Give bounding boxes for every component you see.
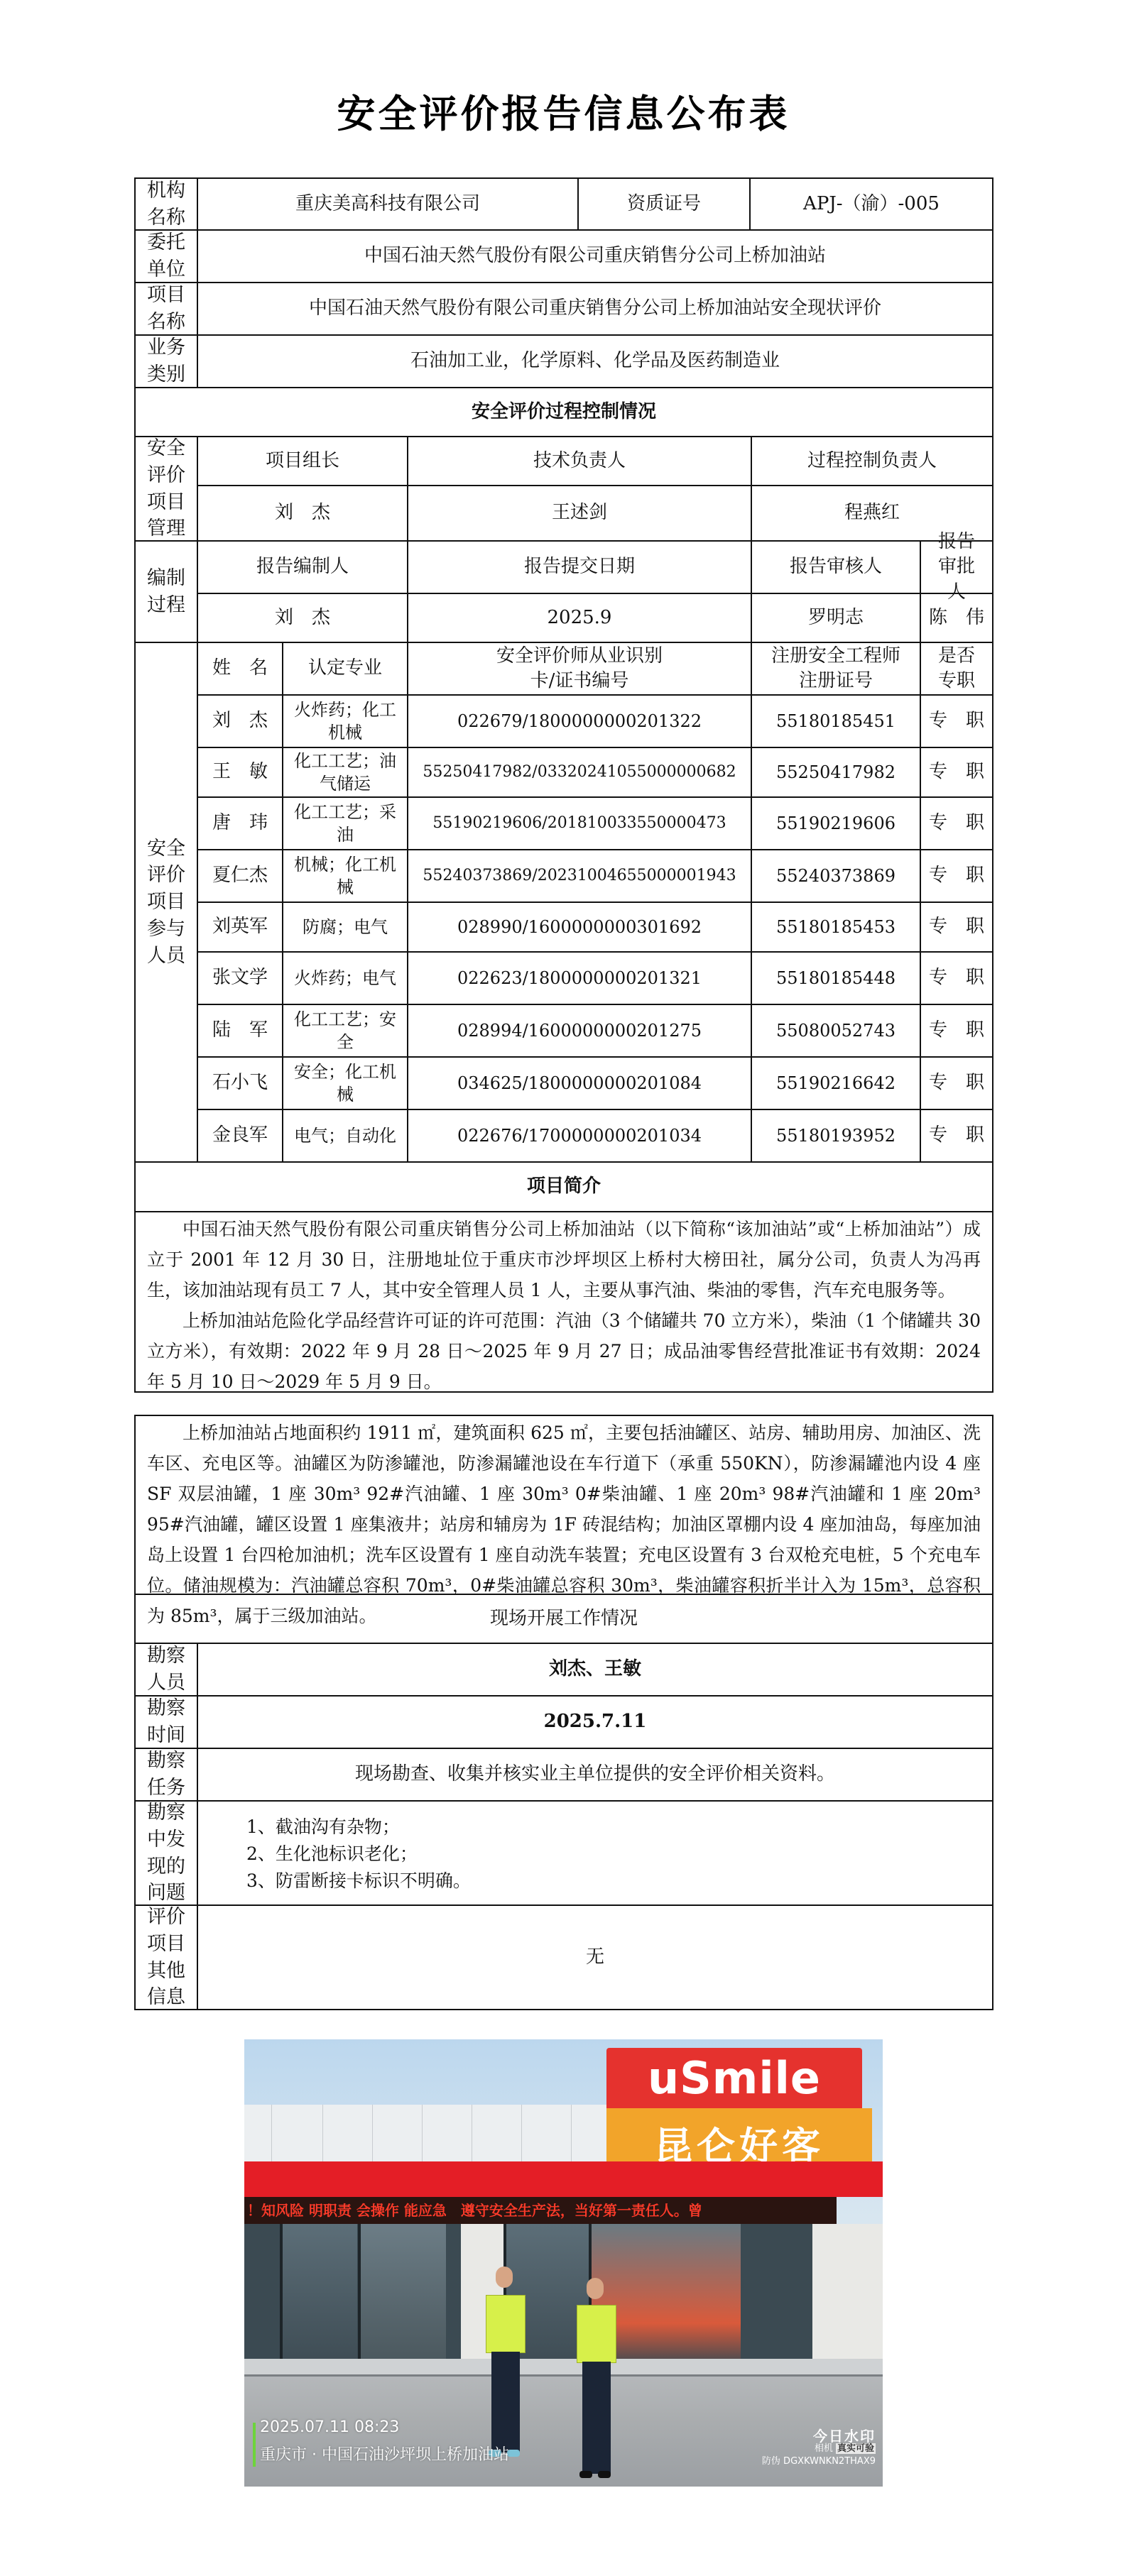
person-major: 电气；自动化 — [283, 1110, 407, 1161]
header-reviewer: 报告审核人 — [752, 542, 920, 593]
project-intro-heading: 项目简介 — [136, 1163, 992, 1211]
person-fulltime: 专 职 — [921, 1110, 992, 1161]
cert-value: APJ-（渝）-005 — [751, 179, 992, 229]
person-card: 028994/1600000000201275 — [408, 1005, 751, 1056]
header-project-lead: 项目组长 — [198, 437, 407, 485]
person-name: 金良军 — [198, 1110, 282, 1161]
person-fulltime: 专 职 — [921, 1058, 992, 1109]
person-name: 陆 军 — [198, 1005, 282, 1056]
person-reg: 55250417982 — [752, 748, 920, 796]
usmile-sign: uSmile — [606, 2048, 862, 2108]
issue-item: 1、截油沟有杂物； — [246, 1814, 471, 1841]
person-fulltime: 专 职 — [921, 953, 992, 1004]
person-name: 刘 杰 — [198, 696, 282, 747]
person-fulltime: 专 职 — [921, 696, 992, 747]
header-major: 认定专业 — [283, 643, 407, 694]
project-intro-text: 中国石油天然气股份有限公司重庆销售分公司上桥加油站（以下简称“该加油站”或“上桥… — [136, 1214, 992, 1397]
survey-time-label: 勘察时间 — [136, 1697, 197, 1748]
cert-label: 资质证号 — [579, 179, 749, 229]
page-title: 安全评价报告信息公布表 — [0, 84, 1127, 138]
person-fulltime: 专 职 — [921, 798, 992, 849]
compile-label: 编制过程 — [136, 542, 197, 642]
person-major: 化工工艺；采油 — [283, 798, 407, 849]
survey-task-label: 勘察任务 — [136, 1749, 197, 1800]
header-name: 姓 名 — [198, 643, 282, 694]
intro-paragraph-2: 上桥加油站危险化学品经营许可证的许可范围：汽油（3 个储罐共 70 立方米），柴… — [147, 1305, 981, 1397]
client-label: 委托单位 — [136, 231, 197, 282]
client-value: 中国石油天然气股份有限公司重庆销售分公司上桥加油站 — [198, 231, 992, 282]
person-card: 022623/1800000000201321 — [408, 953, 751, 1004]
person-name: 张文学 — [198, 953, 282, 1004]
business-label: 业务类别 — [136, 336, 197, 387]
person-major: 防腐；电气 — [283, 903, 407, 951]
person-reg: 55190216642 — [752, 1058, 920, 1109]
led-banner: ！知风险 明职责 会操作 能应急 遵守安全生产法，当好第一责任人。曾 — [244, 2197, 837, 2224]
person-reg: 55180185453 — [752, 903, 920, 951]
person-reg: 55180185451 — [752, 696, 920, 747]
person-reg: 55180193952 — [752, 1110, 920, 1161]
org-label: 机构名称 — [136, 179, 197, 229]
header-fulltime: 是否专职 — [921, 643, 992, 694]
person-major: 化工工艺；安全 — [283, 1005, 407, 1056]
person-reg: 55190219606 — [752, 798, 920, 849]
person-card: 034625/1800000000201084 — [408, 1058, 751, 1109]
project-value: 中国石油天然气股份有限公司重庆销售分公司上桥加油站安全现状评价 — [198, 283, 992, 334]
other-info-value: 无 — [198, 1906, 992, 2009]
person-name: 唐 玮 — [198, 798, 282, 849]
value-reviewer: 罗明志 — [752, 594, 920, 642]
value-report-author: 刘 杰 — [198, 594, 407, 642]
building-wall — [244, 2105, 606, 2161]
person-major: 机械；化工机械 — [283, 850, 407, 901]
survey-staff-label: 勘察人员 — [136, 1644, 197, 1695]
person-fulltime: 专 职 — [921, 850, 992, 901]
value-submit-date: 2025.9 — [408, 594, 751, 642]
personnel-label: 安全评价项目参与人员 — [136, 643, 197, 1161]
intro-paragraph-1: 中国石油天然气股份有限公司重庆销售分公司上桥加油站（以下简称“该加油站”或“上桥… — [147, 1214, 981, 1305]
person-card: 55250417982/03320241055000000682 — [408, 748, 751, 796]
header-report-author: 报告编制人 — [198, 542, 407, 593]
site-work-heading: 现场开展工作情况 — [136, 1595, 992, 1643]
person-fulltime: 专 职 — [921, 903, 992, 951]
canopy — [244, 2161, 883, 2197]
value-tech-lead: 王述剑 — [408, 486, 751, 540]
other-info-label: 评价项目其他信息 — [136, 1906, 197, 2009]
person-card: 022676/1700000000201034 — [408, 1110, 751, 1161]
header-reg-number: 注册安全工程师注册证号 — [752, 643, 920, 694]
person-card: 55240373869/20231004655000001943 — [408, 850, 751, 901]
person-name: 夏仁杰 — [198, 850, 282, 901]
person-card: 55190219606/20181003355000047​3 — [408, 798, 751, 849]
person-reg: 55240373869 — [752, 850, 920, 901]
person-card: 028990/1600000000301692 — [408, 903, 751, 951]
person-name: 王 敏 — [198, 748, 282, 796]
site-photo: uSmile 昆仑好客 ！知风险 明职责 会操作 能应急 遵守安全生产法，当好第… — [244, 2039, 883, 2487]
survey-task-value: 现场勘查、收集并核实业主单位提供的安全评价相关资料。 — [198, 1749, 992, 1800]
person-major: 化工工艺；油气储运 — [283, 748, 407, 796]
watermark-time: 2025.07.11 08:23 — [260, 2418, 399, 2436]
header-process-lead: 过程控制负责人 — [752, 437, 992, 485]
management-label: 安全评价项目管理 — [136, 437, 197, 540]
value-approver: 陈 伟 — [921, 594, 992, 642]
person-fulltime: 专 职 — [921, 748, 992, 796]
issues-list: 1、截油沟有杂物； 2、生化池标识老化； 3、防雷断接卡标识不明确。 — [246, 1814, 471, 1895]
person-fulltime: 专 职 — [921, 1005, 992, 1056]
survey-staff-value: 刘杰、王敏 — [198, 1644, 992, 1695]
project-label: 项目名称 — [136, 283, 197, 334]
issue-item: 3、防雷断接卡标识不明确。 — [246, 1868, 471, 1895]
person-major: 安全；化工机械 — [283, 1058, 407, 1109]
business-value: 石油加工业，化学原料、化学品及医药制造业 — [198, 336, 992, 387]
header-approver: 报告审批人 — [921, 542, 992, 593]
issues-label: 勘察中发现的问题 — [136, 1802, 197, 1904]
person-major: 火炸药；电气 — [283, 953, 407, 1004]
watermark-brand: 今日水印 相机 真实可验 防伪 DGXKWNKN2THAX9 — [762, 2430, 876, 2468]
header-card-number: 安全评价师从业识别卡/证书编号 — [408, 643, 751, 694]
value-project-lead: 刘 杰 — [198, 486, 407, 540]
header-tech-lead: 技术负责人 — [408, 437, 751, 485]
person-reg: 55080052743 — [752, 1005, 920, 1056]
org-value: 重庆美高科技有限公司 — [198, 179, 577, 229]
storefront — [244, 2224, 883, 2366]
person-card: 022679/1800000000201322 — [408, 696, 751, 747]
watermark-location: 重庆市 · 中国石油沙坪坝上桥加油站 — [260, 2443, 509, 2465]
person-reg: 55180185448 — [752, 953, 920, 1004]
issue-item: 2、生化池标识老化； — [246, 1841, 471, 1868]
person-name: 石小飞 — [198, 1058, 282, 1109]
person-major: 火炸药；化工机械 — [283, 696, 407, 747]
person-name: 刘英军 — [198, 903, 282, 951]
header-submit-date: 报告提交日期 — [408, 542, 751, 593]
survey-time-value: 2025.7.11 — [198, 1697, 992, 1748]
process-control-heading: 安全评价过程控制情况 — [136, 388, 992, 436]
watermark-bar — [253, 2423, 256, 2467]
